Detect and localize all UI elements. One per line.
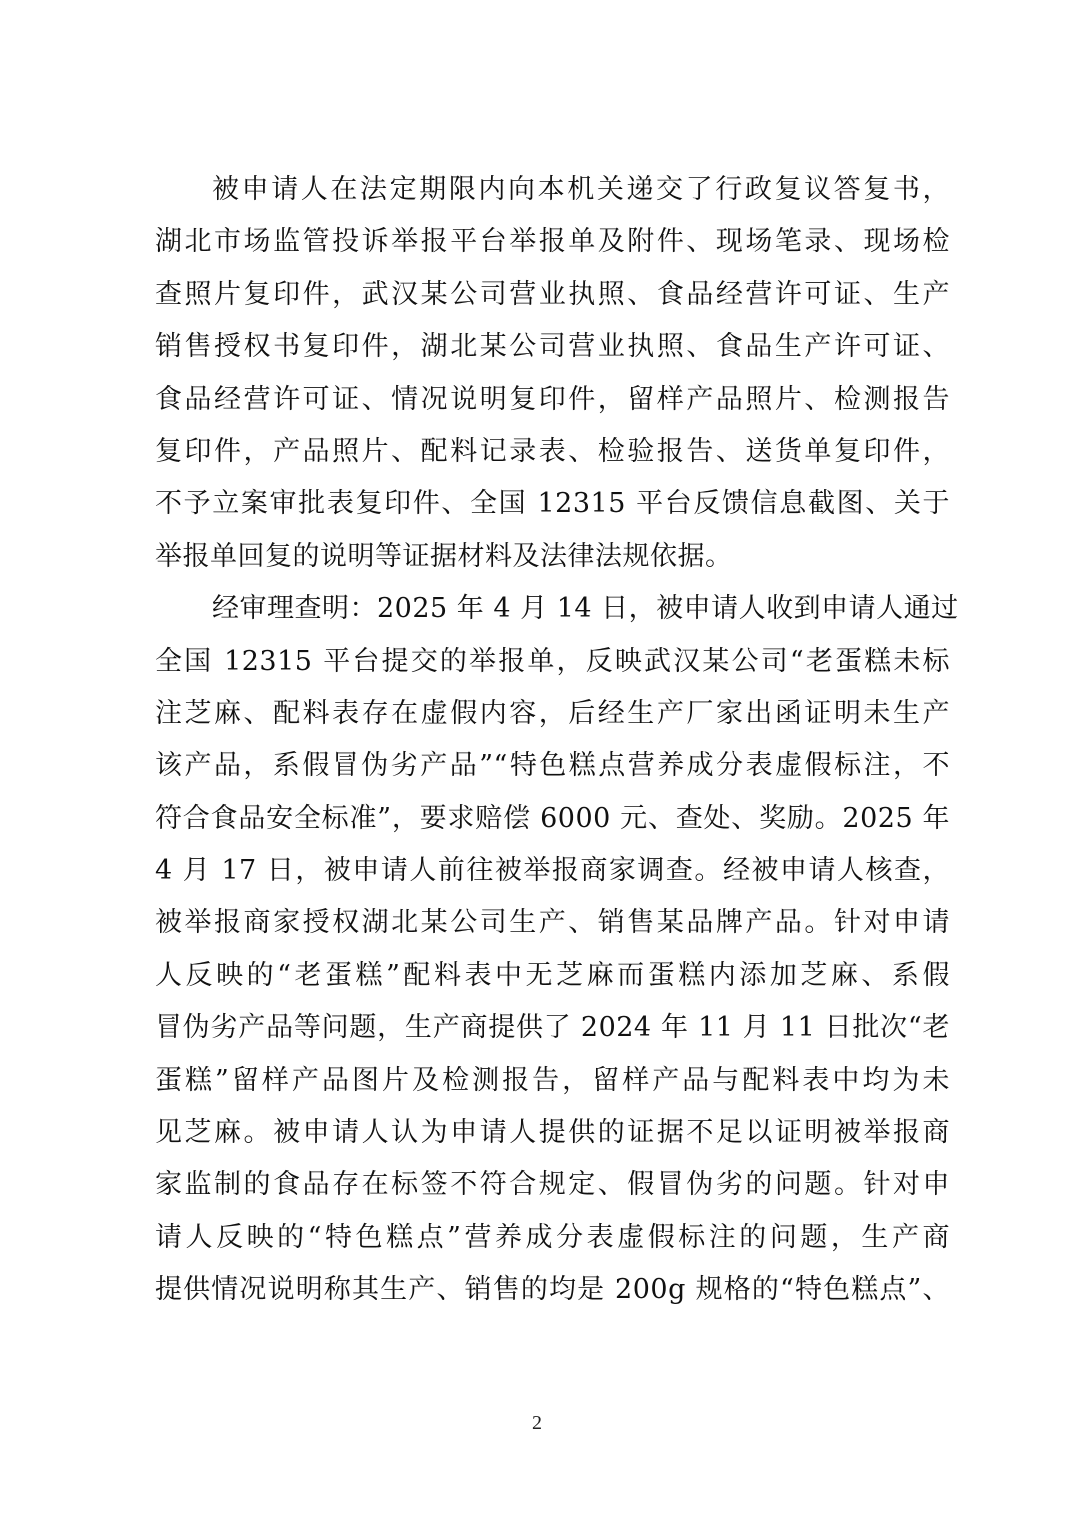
text-line: 举报单回复的说明等证据材料及法律法规依据。 [155, 531, 950, 583]
text-line: 经审理查明：2025 年 4 月 14 日，被申请人收到申请人通过 [155, 583, 950, 635]
page-number: 2 [0, 1412, 1074, 1435]
body-text: 被申请人在法定期限内向本机关递交了行政复议答复书， 湖北市场监管投诉举报平台举报… [155, 164, 950, 1317]
text-line: 冒伪劣产品等问题，生产商提供了 2024 年 11 月 11 日批次“老 [155, 1002, 950, 1054]
paragraph-findings: 经审理查明：2025 年 4 月 14 日，被申请人收到申请人通过 全国 123… [155, 583, 950, 1316]
text-line: 复印件，产品照片、配料记录表、检验报告、送货单复印件， [155, 426, 950, 478]
text-line: 不予立案审批表复印件、全国 12315 平台反馈信息截图、关于 [155, 478, 950, 530]
text-line: 被举报商家授权湖北某公司生产、销售某品牌产品。针对申请 [155, 897, 950, 949]
text-line: 人反映的“老蛋糕”配料表中无芝麻而蛋糕内添加芝麻、系假 [155, 950, 950, 1002]
text-line: 全国 12315 平台提交的举报单，反映武汉某公司“老蛋糕未标 [155, 636, 950, 688]
text-line: 食品经营许可证、情况说明复印件，留样产品照片、检测报告 [155, 374, 950, 426]
document-page: 被申请人在法定期限内向本机关递交了行政复议答复书， 湖北市场监管投诉举报平台举报… [0, 0, 1074, 1520]
text-line: 被申请人在法定期限内向本机关递交了行政复议答复书， [155, 164, 950, 216]
text-line: 湖北市场监管投诉举报平台举报单及附件、现场笔录、现场检 [155, 216, 950, 268]
text-line: 见芝麻。被申请人认为申请人提供的证据不足以证明被举报商 [155, 1107, 950, 1159]
text-line: 符合食品安全标准”，要求赔偿 6000 元、查处、奖励。2025 年 [155, 793, 950, 845]
text-line: 查照片复印件，武汉某公司营业执照、食品经营许可证、生产 [155, 269, 950, 321]
text-line: 注芝麻、配料表存在虚假内容，后经生产厂家出函证明未生产 [155, 688, 950, 740]
text-line: 提供情况说明称其生产、销售的均是 200g 规格的“特色糕点”、 [155, 1264, 950, 1316]
text-line: 4 月 17 日，被申请人前往被举报商家调查。经被申请人核查， [155, 845, 950, 897]
text-line: 该产品，系假冒伪劣产品”“特色糕点营养成分表虚假标注，不 [155, 740, 950, 792]
text-line: 请人反映的“特色糕点”营养成分表虚假标注的问题，生产商 [155, 1212, 950, 1264]
text-line: 销售授权书复印件，湖北某公司营业执照、食品生产许可证、 [155, 321, 950, 373]
text-line: 蛋糕”留样产品图片及检测报告，留样产品与配料表中均为未 [155, 1055, 950, 1107]
paragraph-evidence: 被申请人在法定期限内向本机关递交了行政复议答复书， 湖北市场监管投诉举报平台举报… [155, 164, 950, 583]
text-line: 家监制的食品存在标签不符合规定、假冒伪劣的问题。针对申 [155, 1159, 950, 1211]
